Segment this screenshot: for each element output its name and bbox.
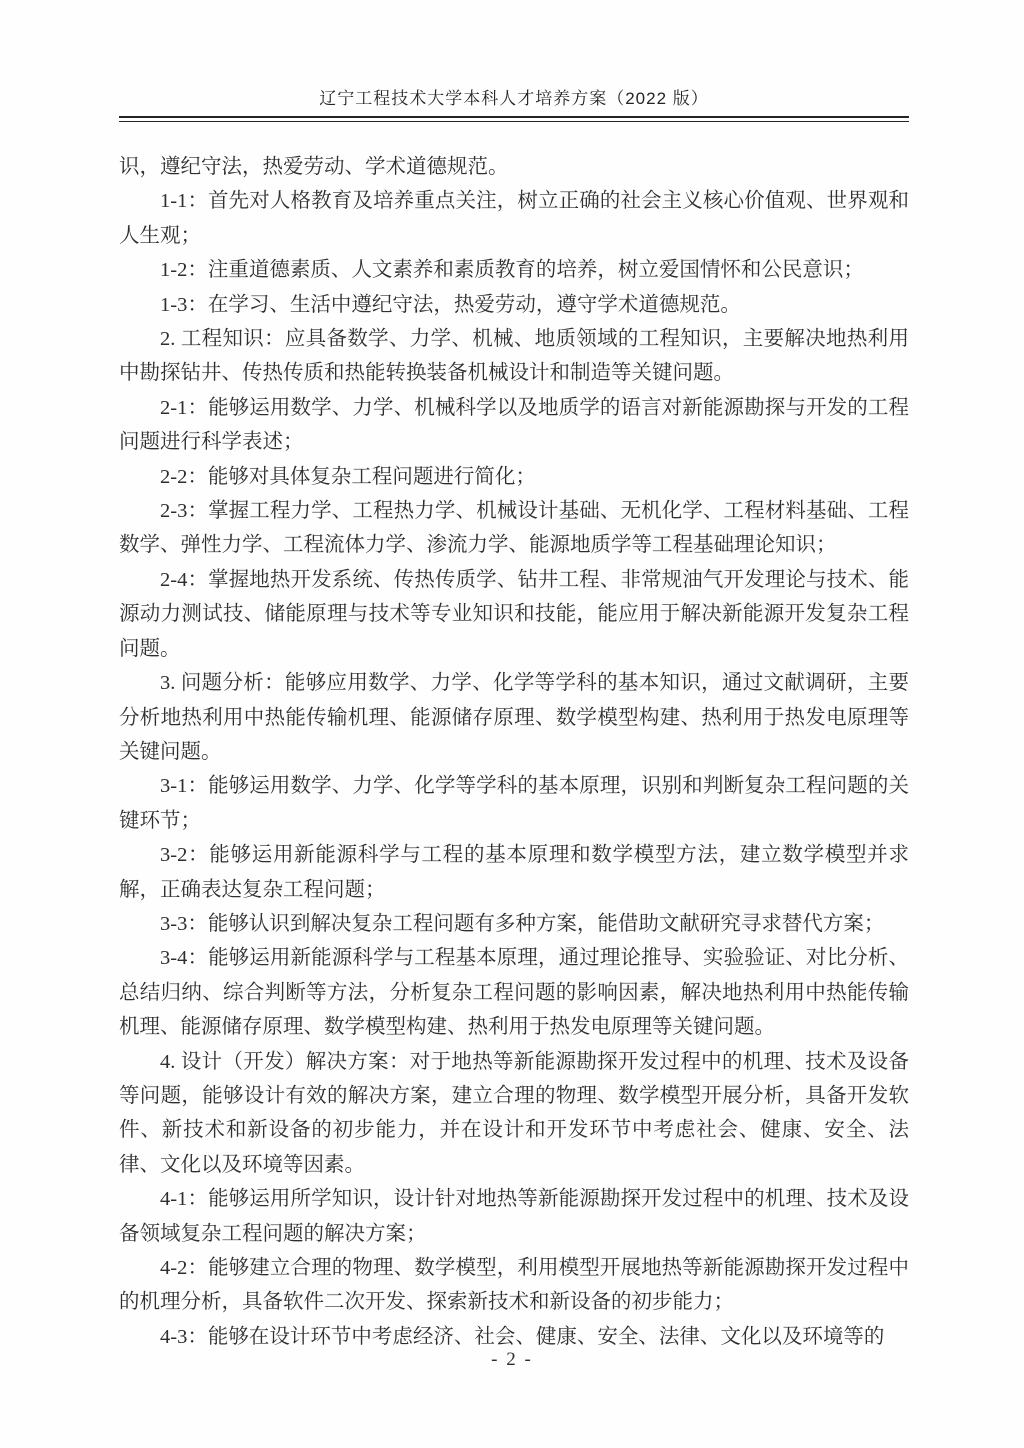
paragraph: 1-3：在学习、生活中遵纪守法，热爱劳动，遵守学术道德规范。 bbox=[119, 288, 909, 322]
paragraph: 3-1：能够运用数学、力学、化学等学科的基本原理，识别和判断复杂工程问题的关键环… bbox=[119, 769, 909, 838]
document-page: 辽宁工程技术大学本科人才培养方案（2022 版） 识，遵纪守法，热爱劳动、学术道… bbox=[0, 0, 1024, 1448]
paragraph: 3. 问题分析：能够应用数学、力学、化学等学科的基本知识，通过文献调研，主要分析… bbox=[119, 666, 909, 769]
paragraph: 1-1：首先对人格教育及培养重点关注，树立正确的社会主义核心价值观、世界观和人生… bbox=[119, 184, 909, 253]
paragraph: 4-2：能够建立合理的物理、数学模型，利用模型开展地热等新能源勘探开发过程中的机… bbox=[119, 1251, 909, 1320]
paragraph: 2. 工程知识：应具备数学、力学、机械、地质领域的工程知识，主要解决地热利用中勘… bbox=[119, 322, 909, 391]
paragraph: 2-3：掌握工程力学、工程热力学、机械设计基础、无机化学、工程材料基础、工程数学… bbox=[119, 494, 909, 563]
paragraph: 2-2：能够对具体复杂工程问题进行简化； bbox=[119, 460, 909, 494]
paragraph: 3-3：能够认识到解决复杂工程问题有多种方案，能借助文献研究寻求替代方案； bbox=[119, 907, 909, 941]
paragraph: 3-4：能够运用新能源科学与工程基本原理，通过理论推导、实验验证、对比分析、总结… bbox=[119, 941, 909, 1044]
paragraph: 4. 设计（开发）解决方案：对于地热等新能源勘探开发过程中的机理、技术及设备等问… bbox=[119, 1045, 909, 1183]
header-rule bbox=[119, 116, 909, 122]
document-body: 识，遵纪守法，热爱劳动、学术道德规范。1-1：首先对人格教育及培养重点关注，树立… bbox=[119, 150, 909, 1354]
paragraph: 3-2：能够运用新能源科学与工程的基本原理和数学模型方法，建立数学模型并求解，正… bbox=[119, 838, 909, 907]
paragraph: 1-2：注重道德素质、人文素养和素质教育的培养，树立爱国情怀和公民意识； bbox=[119, 253, 909, 287]
page-header: 辽宁工程技术大学本科人才培养方案（2022 版） bbox=[119, 84, 909, 122]
page-header-title: 辽宁工程技术大学本科人才培养方案（2022 版） bbox=[119, 84, 909, 109]
paragraph: 2-4：掌握地热开发系统、传热传质学、钻井工程、非常规油气开发理论与技术、能源动… bbox=[119, 563, 909, 666]
paragraph: 2-1：能够运用数学、力学、机械科学以及地质学的语言对新能源勘探与开发的工程问题… bbox=[119, 391, 909, 460]
paragraph: 识，遵纪守法，热爱劳动、学术道德规范。 bbox=[119, 150, 909, 184]
page-number: - 2 - bbox=[0, 1349, 1024, 1371]
paragraph: 4-1：能够运用所学知识，设计针对地热等新能源勘探开发过程中的机理、技术及设备领… bbox=[119, 1182, 909, 1251]
